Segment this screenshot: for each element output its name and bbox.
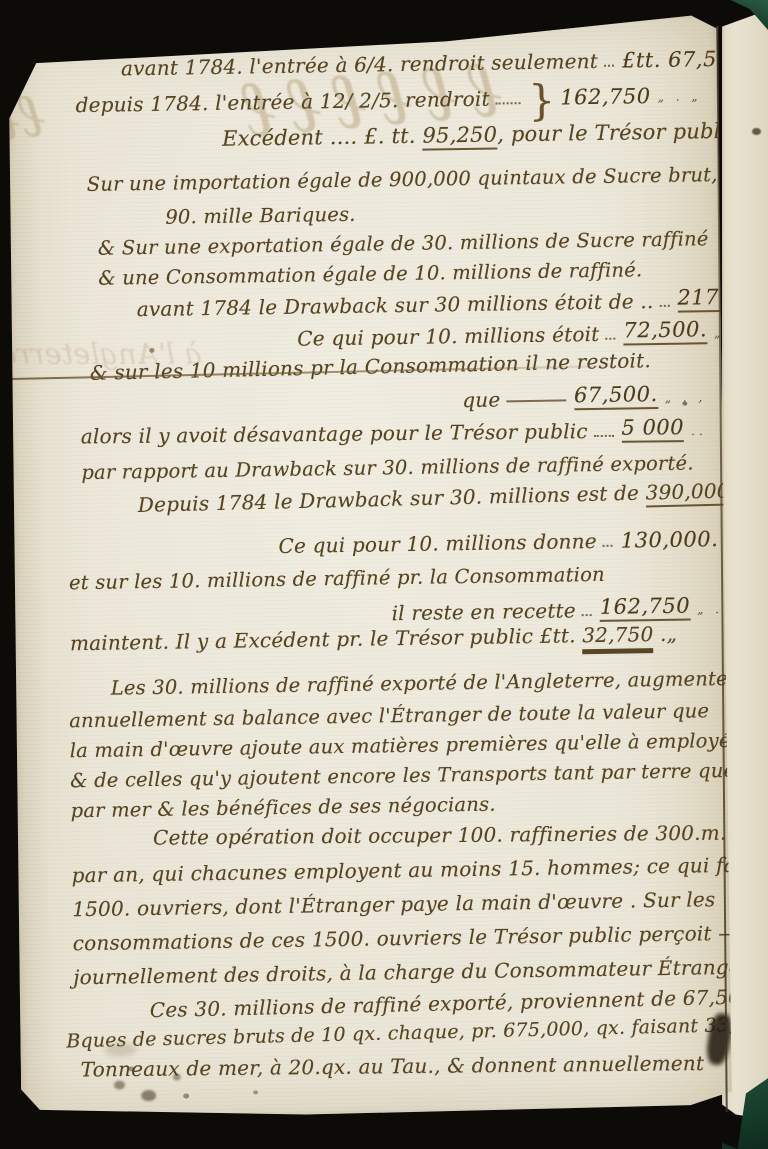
manuscript-line: que67,500.„ . , xyxy=(462,381,706,412)
manuscript-word: 72,500. xyxy=(623,317,707,345)
manuscript-word: annuellement sa balance avec l'Étranger … xyxy=(69,699,709,732)
manuscript-word: , pour le Trésor public . xyxy=(497,118,753,146)
paper-stain xyxy=(104,1042,136,1057)
manuscript-line: journellement des droits, à la charge du… xyxy=(73,955,751,990)
manuscript-line: il reste en recette162,750„ . „ xyxy=(391,593,709,625)
manuscript-word: 5 000 xyxy=(621,415,684,443)
manuscript-line: avant 1784 le Drawback sur 30 millions é… xyxy=(137,285,705,321)
paper-stain xyxy=(129,1066,134,1071)
paper-stain xyxy=(183,1093,189,1098)
manuscript-word xyxy=(496,102,521,104)
paper-stain xyxy=(149,348,154,353)
manuscript-word: et sur les 10. millions de raffiné pr. l… xyxy=(69,563,605,594)
photograph: ℓℓℓℓℓℓ ℓℓ à l'Angleterre avant 1784. l'e… xyxy=(0,0,768,1149)
manuscript-word: Les 30. millions de raffiné exporté de l… xyxy=(111,667,749,700)
manuscript-word xyxy=(603,545,613,547)
manuscript-line: Les 30. millions de raffiné exporté de l… xyxy=(111,667,749,700)
manuscript-word xyxy=(594,435,614,437)
manuscript-word: 32,750 xyxy=(582,622,654,654)
manuscript-line: depuis 1784. l'entrée à 12/ 2/5. rendroi… xyxy=(75,83,701,117)
scan-background: { "colors":{ "background":"#0c0b07", "pa… xyxy=(0,0,768,1149)
paper-stain xyxy=(752,128,761,135)
manuscript-word: par rapport au Drawback sur 30. millions… xyxy=(81,451,694,484)
manuscript-line: Ce qui pour 10. millions donne130,000.„ … xyxy=(278,527,708,558)
manuscript-word: par mer & les bénéfices de ses négocians… xyxy=(70,793,495,823)
manuscript-word: & de celles qu'y ajoutent encore les Tra… xyxy=(70,759,735,792)
manuscript-line: Excédent .... £. tt. 95,250, pour le Tré… xyxy=(222,118,753,150)
manuscript-word: avant 1784. l'entrée à 6/4. rendroit seu… xyxy=(121,49,598,80)
manuscript-word: 162,750 xyxy=(560,84,651,109)
manuscript-word xyxy=(582,614,592,616)
manuscript-line: Sur une importation égale de 900,000 qui… xyxy=(87,162,768,196)
manuscript-word: .„ xyxy=(653,622,677,646)
manuscript-word: Ce qui pour 10. millions donne xyxy=(278,529,597,558)
manuscript-line: Ce qui pour 10. millions étoit72,500.„ .… xyxy=(297,317,705,350)
manuscript-word: maintent. Il y a Excédent pr. le Trésor … xyxy=(70,623,583,655)
manuscript-word: & Sur une exportation égale de 30. milli… xyxy=(98,227,709,260)
manuscript-word: 95,250 xyxy=(422,122,497,150)
paper-stain xyxy=(253,1090,258,1094)
manuscript-line: et sur les 10. millions de raffiné pr. l… xyxy=(69,563,605,594)
ink-bleedthrough-fragment: ℓℓ xyxy=(0,77,50,157)
manuscript-word: depuis 1784. l'entrée à 12/ 2/5. rendroi… xyxy=(75,87,490,118)
manuscript-word: par an, qui chacunes employent au moins … xyxy=(71,853,750,888)
manuscript-word: Depuis 1784 le Drawback sur 30. millions… xyxy=(138,481,646,517)
manuscript-line: alors il y avoit désavantage pour le Tré… xyxy=(81,415,707,449)
manuscript-word: 1500. ouvriers, dont l'Étranger paye la … xyxy=(72,887,716,921)
manuscript-word: la main d'œuvre ajoute aux matières prem… xyxy=(70,729,731,762)
manuscript-line: Depuis 1784 le Drawback sur 30. millions… xyxy=(138,477,768,516)
manuscript-line: annuellement sa balance avec l'Étranger … xyxy=(69,699,709,732)
manuscript-word xyxy=(506,399,566,402)
manuscript-word xyxy=(659,305,669,307)
manuscript-line: maintent. Il y a Excédent pr. le Trésor … xyxy=(70,622,677,656)
manuscript-word: Ce qui pour 10. millions étoit xyxy=(297,322,600,351)
manuscript-line: 90. mille Bariques. xyxy=(165,203,356,229)
manuscript-word: journellement des droits, à la charge du… xyxy=(73,955,751,990)
manuscript-line: 1500. ouvriers, dont l'Étranger paye la … xyxy=(72,887,716,921)
manuscript-line: consommations de ces 1500. ouvriers le T… xyxy=(73,921,739,955)
manuscript-word: que xyxy=(462,387,500,412)
manuscript-line: & Sur une exportation égale de 30. milli… xyxy=(98,227,709,260)
manuscript-word: il reste en recette xyxy=(391,598,576,625)
manuscript-word: & une Consommation égale de 10. millions… xyxy=(98,258,642,290)
manuscript-word: avant 1784 le Drawback sur 30 millions é… xyxy=(137,289,654,321)
manuscript-word: 67,500. xyxy=(574,382,658,410)
manuscript-line: par an, qui chacunes employent au moins … xyxy=(71,853,750,888)
manuscript-word: 90. mille Bariques. xyxy=(165,203,356,229)
manuscript-word: alors il y avoit désavantage pour le Tré… xyxy=(81,419,588,448)
manuscript-word: consommations de ces 1500. ouvriers le T… xyxy=(73,921,739,955)
paper-stain xyxy=(114,1080,125,1089)
manuscript-line: avant 1784. l'entrée à 6/4. rendroit seu… xyxy=(121,47,701,80)
manuscript-line: la main d'œuvre ajoute aux matières prem… xyxy=(70,729,731,762)
manuscript-line: par mer & les bénéfices de ses négocians… xyxy=(70,793,495,823)
manuscript-word xyxy=(605,338,615,340)
manuscript-line: & une Consommation égale de 10. millions… xyxy=(98,258,642,290)
manuscript-word: 130,000. xyxy=(621,527,719,553)
manuscript-word: } xyxy=(528,92,555,110)
paper-stain xyxy=(682,402,687,406)
manuscript-word: „ . „ xyxy=(658,89,702,104)
manuscript-word xyxy=(604,65,614,67)
manuscript-word: .. xyxy=(691,424,707,438)
manuscript-word: Excédent .... £. tt. xyxy=(222,124,423,151)
manuscript-line: par rapport au Drawback sur 30. millions… xyxy=(81,451,694,484)
paper-stain xyxy=(141,1090,156,1101)
manuscript-word: Sur une importation égale de 900,000 qui… xyxy=(87,162,768,196)
manuscript-text: avant 1784. l'entrée à 6/4. rendroit seu… xyxy=(4,13,716,24)
manuscript-page: ℓℓℓℓℓℓ ℓℓ à l'Angleterre avant 1784. l'e… xyxy=(4,13,733,1120)
manuscript-line: Cette opération doit occuper 100. raffin… xyxy=(153,820,768,850)
manuscript-line: & de celles qu'y ajoutent encore les Tra… xyxy=(70,759,735,792)
manuscript-word: Cette opération doit occuper 100. raffin… xyxy=(153,820,768,850)
manuscript-word: 162,750 xyxy=(600,594,691,622)
